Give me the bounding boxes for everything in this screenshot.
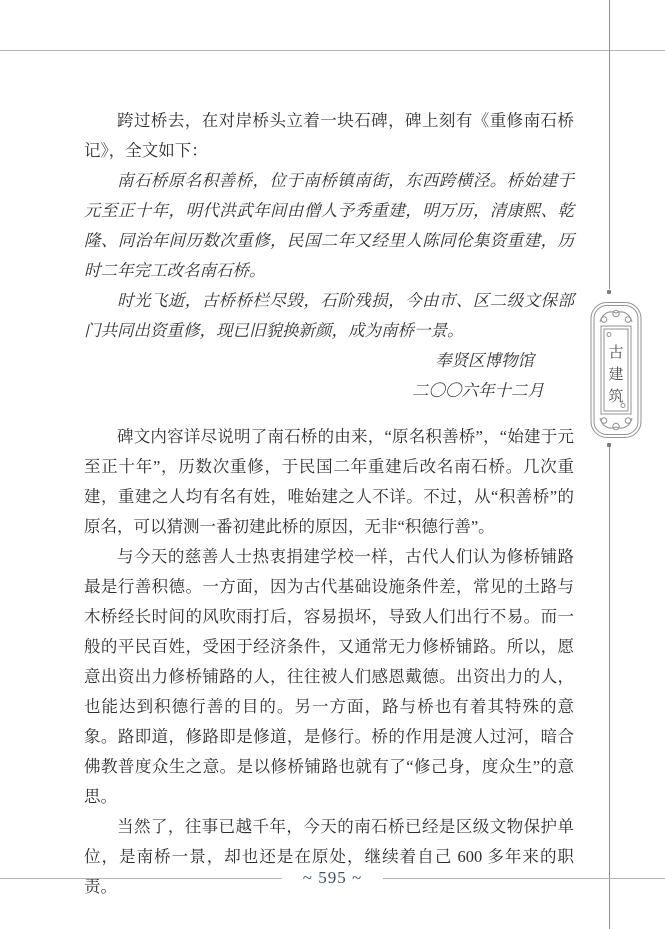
- rule-end-dot-upper: [607, 290, 611, 294]
- page-number: ~ 595 ~: [282, 868, 383, 888]
- plaque-char-3: 筑: [608, 388, 623, 405]
- inscription-paragraph-2: 时光飞逝，古桥桥栏尽毁，石阶残损，今由市、区二级文保部门共同出资重修，现已旧貌换…: [84, 286, 574, 346]
- top-margin-rule: [0, 50, 665, 51]
- bottom-rule-right: [383, 878, 665, 879]
- signature-date: 二〇〇六年十二月: [84, 376, 574, 406]
- body-paragraph-3: 与今天的慈善人士热衷捐建学校一样，古代人们认为修桥铺路最是行善积德。一方面，因为…: [84, 542, 574, 812]
- inscription-paragraph-1: 南石桥原名积善桥，位于南桥镇南街，东西跨横泾。桥始建于元至正十年，明代洪武年间由…: [84, 166, 574, 286]
- plaque-char-2: 建: [608, 366, 623, 383]
- bottom-rule-left: [0, 878, 282, 879]
- right-margin-rule-upper: [609, 0, 610, 289]
- article-text: 跨过桥去，在对岸桥头立着一块石碑，碑上刻有《重修南石桥记》，全文如下： 南石桥原…: [84, 106, 574, 902]
- rule-end-dot-lower: [607, 443, 611, 447]
- intro-paragraph: 跨过桥去，在对岸桥头立着一块石碑，碑上刻有《重修南石桥记》，全文如下：: [84, 106, 574, 166]
- plaque-ornament-frame: 古 建 筑: [589, 301, 643, 439]
- body-paragraph-2: 碑文内容详尽说明了南石桥的由来，“原名积善桥”，“始建于元至正十年”，历数次重修…: [84, 422, 574, 542]
- chapter-plaque: 古 建 筑: [589, 301, 643, 439]
- page-footer: ~ 595 ~: [0, 862, 665, 894]
- signature-museum: 奉贤区博物馆: [84, 346, 574, 376]
- book-page: 古 建 筑 跨过桥去，在对岸桥头立着一块石碑，碑上刻有《重修南石桥记》，全文如下…: [0, 0, 665, 929]
- right-margin-rule-lower: [609, 447, 610, 929]
- plaque-char-1: 古: [608, 344, 623, 361]
